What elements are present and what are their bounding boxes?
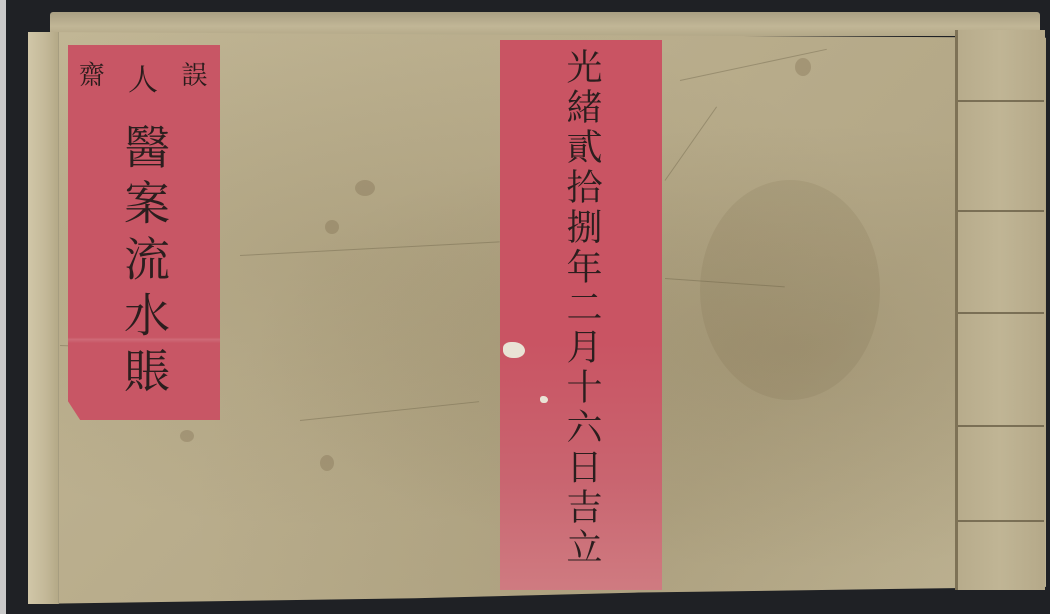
book-photo: 誤 人 齋 醫案流水賬 光緒貳拾捌年二月十六日吉立 xyxy=(0,0,1050,614)
date-label: 光緒貳拾捌年二月十六日吉立 xyxy=(500,40,662,590)
binding-stitch xyxy=(958,520,1044,522)
stain xyxy=(795,58,811,76)
stain xyxy=(355,180,375,196)
binding-stitch xyxy=(958,100,1044,102)
studio-char: 人 xyxy=(128,55,160,99)
stain xyxy=(700,180,880,400)
stain xyxy=(320,455,334,471)
binding-stitch xyxy=(958,425,1044,427)
book-title: 醫案流水賬 xyxy=(111,123,177,403)
book-spine xyxy=(955,30,1045,590)
date-inscription: 光緒貳拾捌年二月十六日吉立 xyxy=(563,48,599,568)
studio-char: 齋 xyxy=(79,55,107,99)
title-label: 誤 人 齋 醫案流水賬 xyxy=(68,45,220,420)
cover-fold-edge xyxy=(28,32,59,604)
stain xyxy=(180,430,194,442)
studio-char: 誤 xyxy=(181,55,209,99)
binding-line xyxy=(955,30,958,590)
paper-tear xyxy=(540,396,548,403)
studio-name: 誤 人 齋 xyxy=(68,55,220,99)
paper-tear xyxy=(503,342,525,358)
scan-edge xyxy=(0,0,6,614)
binding-stitch xyxy=(958,210,1044,212)
binding-stitch xyxy=(958,312,1044,314)
stain xyxy=(325,220,339,234)
page-stack-edge xyxy=(50,12,1040,36)
